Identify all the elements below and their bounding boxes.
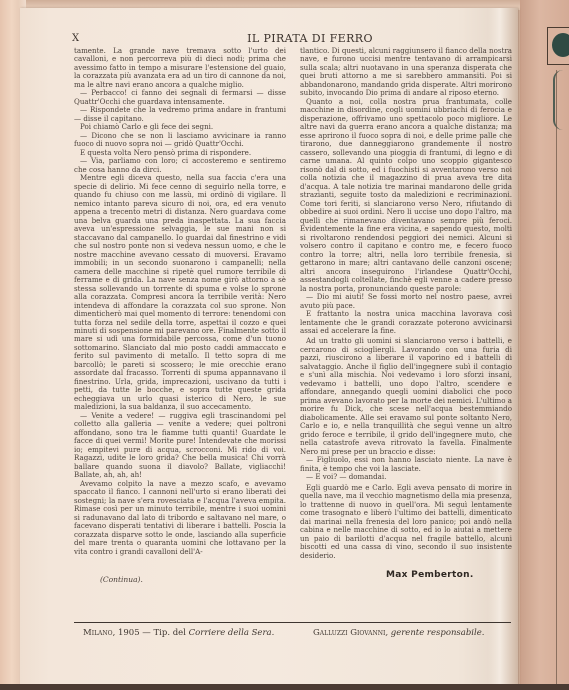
- footer-rule: [74, 622, 511, 623]
- paragraph: — Perbacco! ci fanno dei segnali di ferm…: [74, 89, 286, 106]
- paragraph: — Via, parliamo con loro; ci accosteremo…: [74, 157, 286, 174]
- paragraph: E frattanto la nostra unica macchina lav…: [300, 310, 512, 335]
- paragraph: Ad un tratto gli uomini si slanciarono v…: [300, 337, 512, 456]
- manager-name: Galluzzi Giovanni: [313, 628, 385, 638]
- imprint-city: Milano: [83, 628, 113, 638]
- imprint-year: , 1905 — Tip. del: [113, 628, 189, 638]
- paragraph: — Figliuolo, essi non hanno lasciato nie…: [300, 456, 512, 473]
- paragraph: — Dio mi aiuti! Se fossi morto nel nostr…: [300, 293, 512, 310]
- paragraph: tlantico. Di questi, alcuni raggiunsero …: [300, 47, 512, 98]
- paragraph: — Dicono che se non li lasciamo avvicina…: [74, 132, 286, 149]
- left-text-column: tamente. La grande nave tremava sotto l'…: [74, 47, 286, 556]
- book-bottom-shadow: [0, 684, 569, 690]
- continued-note: (Continua).: [100, 575, 143, 584]
- paragraph: tamente. La grande nave tremava sotto l'…: [74, 47, 286, 89]
- paragraph: — E voi? — domandai.: [300, 473, 512, 481]
- paragraph: — Venite a vedere! — ruggiva egli trasci…: [74, 412, 286, 480]
- page-number: X: [72, 33, 79, 44]
- paragraph: — Rispondete che la vedremo prima andare…: [74, 106, 286, 123]
- imprint-newspaper: Corriere della Sera.: [189, 628, 275, 638]
- paragraph: Avevamo colpito la nave a mezzo scafo, e…: [74, 480, 286, 556]
- running-head-title: IL PIRATA DI FERRO: [210, 32, 410, 45]
- cover-border-line: [556, 70, 557, 690]
- manager-imprint: Galluzzi Giovanni, gerente responsabile.: [313, 628, 484, 638]
- paragraph: Egli guardò me e Carlo. Egli aveva pensa…: [300, 484, 512, 560]
- printer-imprint: Milano, 1905 — Tip. del Corriere della S…: [83, 628, 274, 638]
- manager-role: , gerente responsabile.: [385, 628, 484, 638]
- cover-circle-ornament: [552, 33, 569, 57]
- paragraph: Quanto a noi, colla nostra prua frantuma…: [300, 98, 512, 293]
- right-text-column: tlantico. Di questi, alcuni raggiunsero …: [300, 47, 512, 560]
- author-signature: Max Pemberton.: [386, 570, 474, 580]
- paragraph: Mentre egli diceva questo, nella sua fac…: [74, 174, 286, 412]
